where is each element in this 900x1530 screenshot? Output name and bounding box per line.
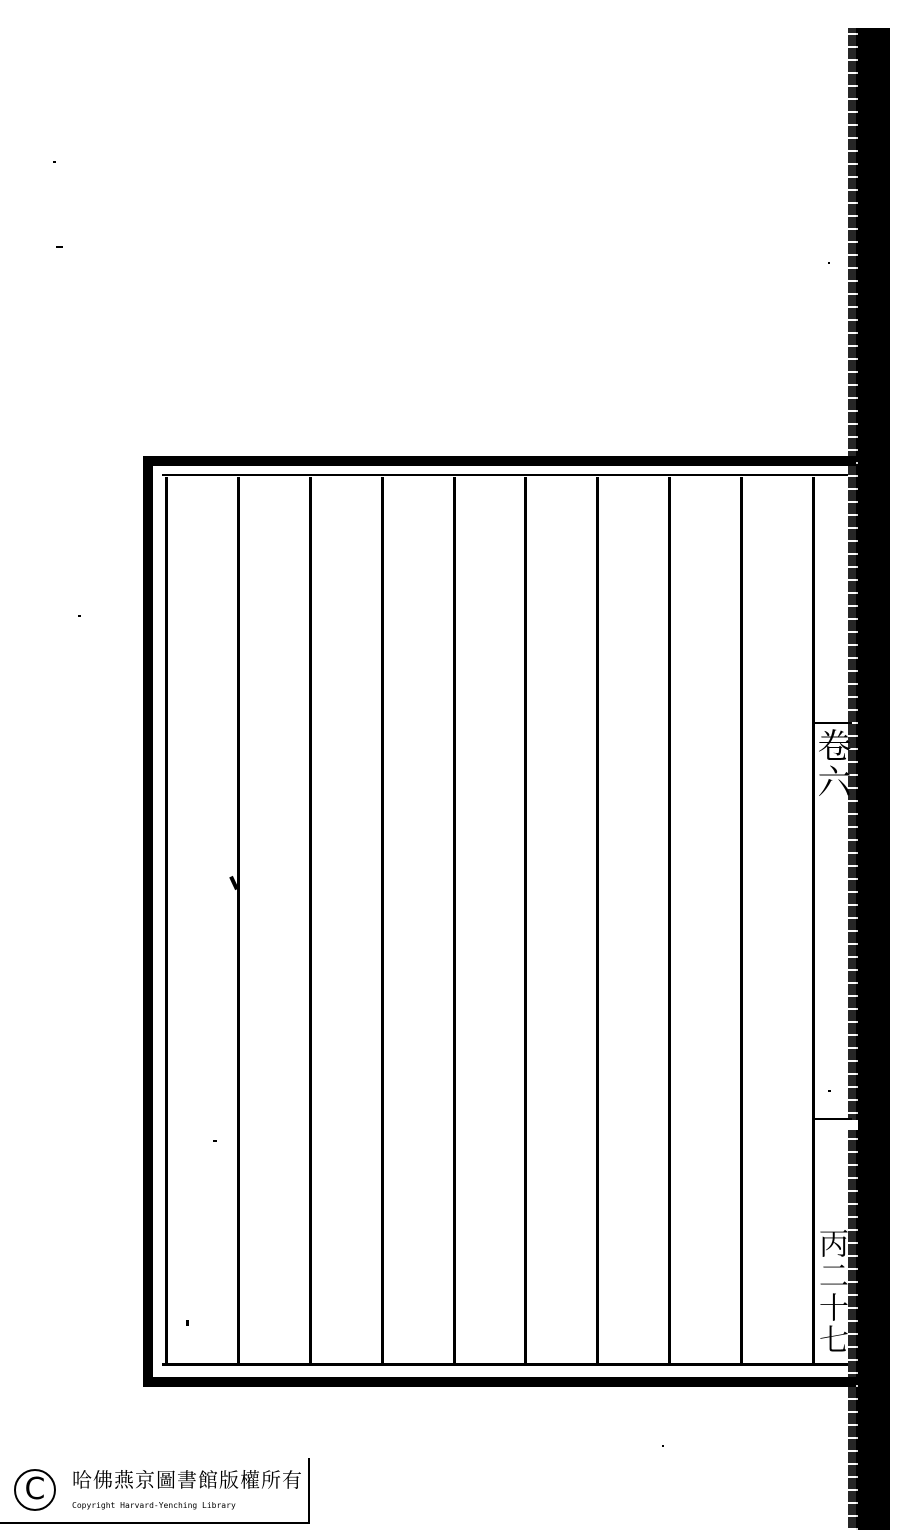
column-line [596,477,599,1365]
column-line [165,477,168,1365]
copyright-stamp: C 哈佛燕京圖書館版權所有 Copyright Harvard-Yenching… [0,1458,310,1524]
copyright-english-text: Copyright Harvard-Yenching Library [72,1501,236,1510]
page-frame-inner [162,474,848,1366]
scan-speck [828,262,830,264]
scan-speck [662,1445,664,1447]
column-line [740,477,743,1365]
copyright-icon: C [14,1469,56,1511]
column-line [237,477,240,1365]
column-line [524,477,527,1365]
scan-speck [78,615,81,617]
book-edge-strip [856,28,890,1530]
margin-rule-middle [812,1118,852,1120]
scan-speck [56,246,63,248]
column-line [453,477,456,1365]
margin-rule-top [812,722,852,724]
scan-speck [53,161,56,163]
column-line [309,477,312,1365]
juan-label: 卷六 [814,728,848,800]
folio-label: 丙二十七 [814,1228,848,1356]
copyright-chinese-text: 哈佛燕京圖書館版權所有 [72,1464,303,1493]
column-line [668,477,671,1365]
column-line [381,477,384,1365]
